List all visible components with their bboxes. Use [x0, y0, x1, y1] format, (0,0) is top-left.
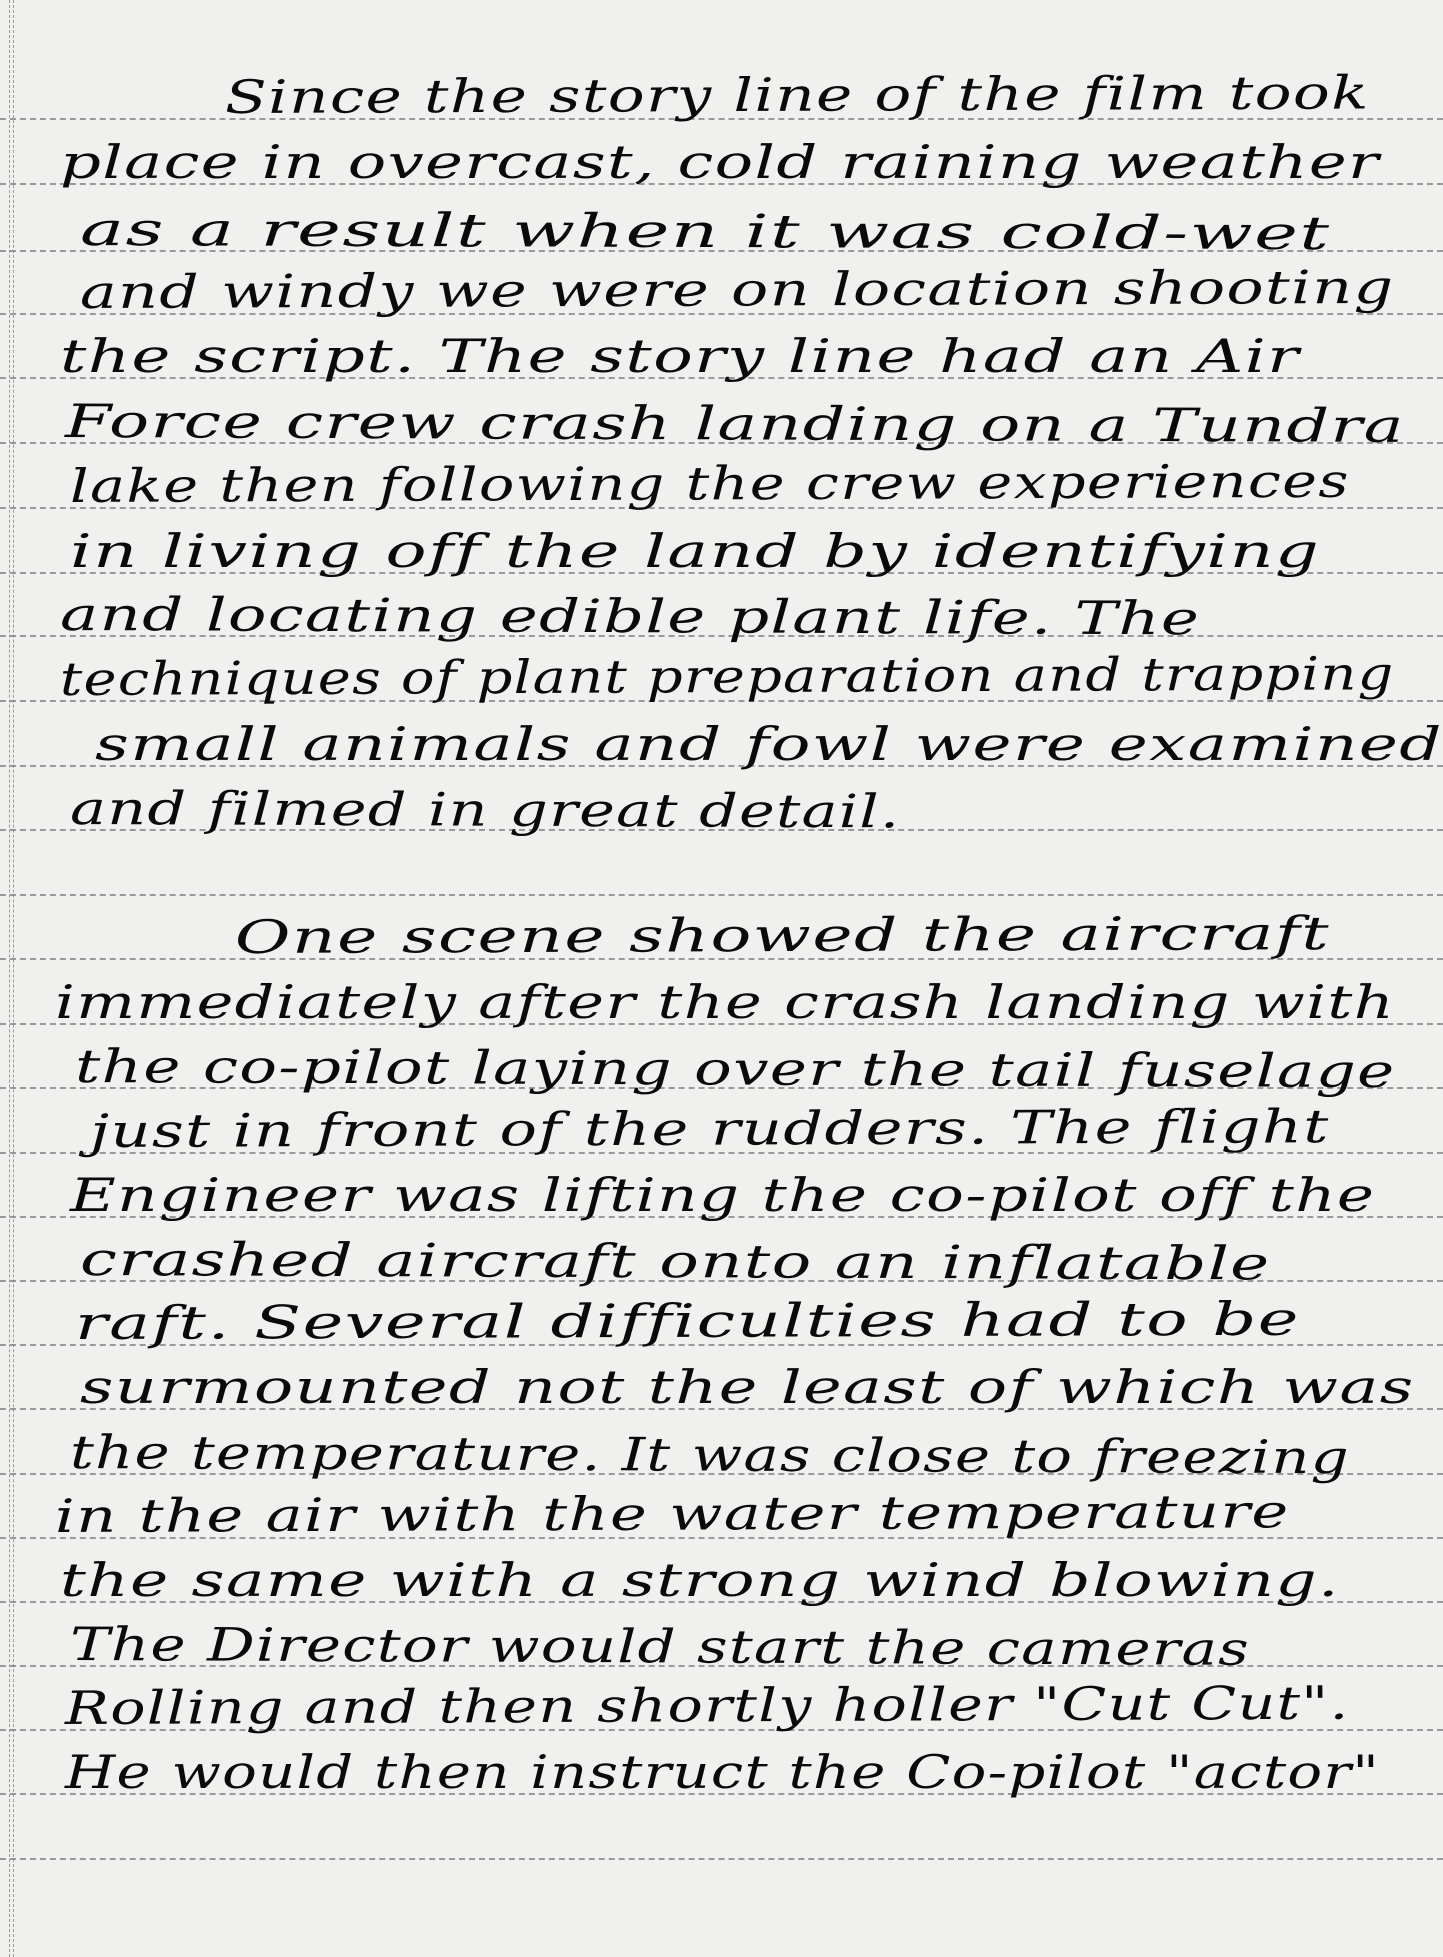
handwritten-line: place in overcast, cold raining weather: [60, 139, 1380, 185]
handwritten-line: Force crew crash landing on a Tundra: [65, 398, 1405, 449]
handwritten-line: just in front of the rudders. The flight: [90, 1103, 1330, 1154]
handwritten-line: raft. Several difficulties had to be: [75, 1296, 1300, 1346]
ruled-line: [0, 1858, 1443, 1860]
handwritten-line: and locating edible plant life. The: [60, 591, 1200, 641]
handwritten-line: Engineer was lifting the co-pilot off th…: [70, 1172, 1375, 1218]
handwritten-line: the temperature. It was close to freezin…: [70, 1429, 1350, 1480]
handwritten-line: and filmed in great detail.: [70, 785, 901, 834]
handwritten-line: He would then instruct the Co-pilot "act…: [65, 1749, 1380, 1795]
handwritten-line: as a result when it was cold-wet: [80, 206, 1331, 256]
handwritten-line: the co-pilot laying over the tail fusela…: [75, 1043, 1396, 1094]
lined-paper-page: Since the story line of the film tookpla…: [0, 0, 1443, 1957]
handwritten-line: the same with a strong wind blowing.: [60, 1557, 1340, 1603]
handwritten-line: small animals and fowl were examined: [95, 721, 1443, 767]
handwritten-line: Rolling and then shortly holler "Cut Cut…: [65, 1680, 1350, 1731]
handwritten-line: One scene showed the aircraft: [235, 910, 1331, 960]
handwritten-line: techniques of plant preparation and trap…: [60, 650, 1395, 702]
handwritten-line: in the air with the water temperature: [55, 1488, 1290, 1539]
ruled-line: [0, 894, 1443, 896]
handwritten-line: and windy we were on location shooting: [80, 264, 1395, 315]
handwritten-line: in living off the land by identifying: [70, 528, 1320, 574]
handwritten-line: crashed aircraft onto an inflatable: [80, 1236, 1271, 1286]
handwritten-line: immediately after the crash landing with: [55, 979, 1395, 1025]
handwritten-line: the script. The story line had an Air: [60, 333, 1300, 379]
handwritten-line: Since the story line of the film took: [225, 70, 1370, 120]
handwritten-line: lake then following the crew experiences: [70, 458, 1350, 509]
margin-line: [9, 0, 10, 1957]
margin-line: [13, 0, 14, 1957]
handwritten-line: surmounted not the least of which was: [80, 1364, 1415, 1410]
handwritten-line: The Director would start the cameras: [70, 1621, 1250, 1672]
